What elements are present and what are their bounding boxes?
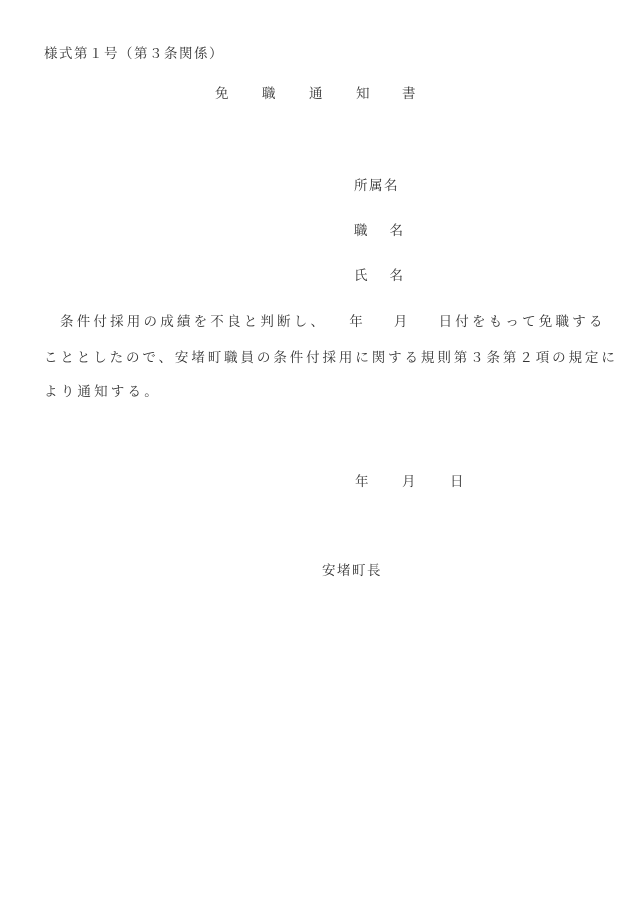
position-label: 職名 — [354, 219, 403, 239]
title-char: 通 — [309, 82, 323, 102]
affiliation-label: 所属名 — [354, 174, 399, 194]
title-char: 免 — [215, 82, 229, 102]
form-number: 様式第１号（第３条関係） — [44, 42, 224, 62]
body-line-3: より通知する。 — [44, 380, 161, 400]
body-year: 年 — [349, 314, 366, 330]
title-char: 知 — [356, 82, 370, 102]
name-label-char: 名 — [390, 268, 404, 284]
position-label-char: 職 — [354, 223, 368, 239]
title-char: 書 — [402, 82, 416, 102]
name-label-char: 氏 — [354, 268, 368, 284]
body-month: 月 — [394, 314, 411, 330]
body-line-2: こととしたので、安堵町職員の条件付採用に関する規則第３条第２項の規定に — [44, 346, 618, 366]
name-label: 氏名 — [354, 264, 403, 284]
body-text: 日付をもって免職する — [439, 314, 606, 330]
issue-month: 月 — [402, 470, 416, 490]
body-line-1: 条件付採用の成績を不良と判断し、年月日付をもって免職する — [60, 310, 606, 330]
issue-year: 年 — [355, 470, 369, 490]
issue-day: 日 — [450, 470, 464, 490]
body-text: 条件付採用の成績を不良と判断し、 — [60, 314, 327, 330]
issuer: 安堵町長 — [322, 559, 382, 579]
title-char: 職 — [262, 82, 276, 102]
position-label-char: 名 — [390, 223, 404, 239]
